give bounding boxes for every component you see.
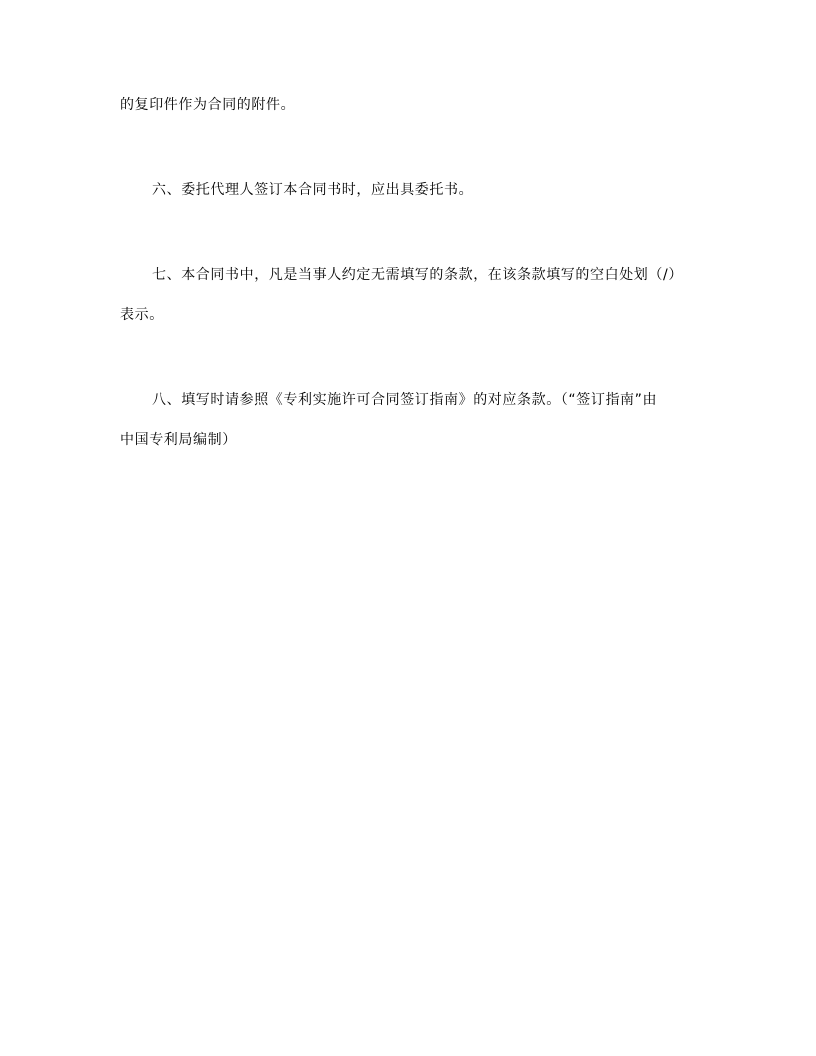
document-page: 的复印件作为合同的附件。 六、委托代理人签订本合同书时，应出具委托书。 七、本合… — [0, 0, 816, 1056]
paragraph-6: 六、委托代理人签订本合同书时，应出具委托书。 — [152, 181, 473, 199]
paragraph-8-line-2: 中国专利局编制） — [120, 431, 237, 449]
paragraph-7-line-1: 七、本合同书中，凡是当事人约定无需填写的条款，在该条款填写的空白处划（/） — [152, 266, 683, 284]
paragraph-8-line-1: 八、填写时请参照《专利实施许可合同签订指南》的对应条款。（“签订指南”由 — [152, 391, 657, 409]
paragraph-5-continuation: 的复印件作为合同的附件。 — [120, 96, 295, 114]
paragraph-7-line-2: 表示。 — [120, 306, 164, 324]
